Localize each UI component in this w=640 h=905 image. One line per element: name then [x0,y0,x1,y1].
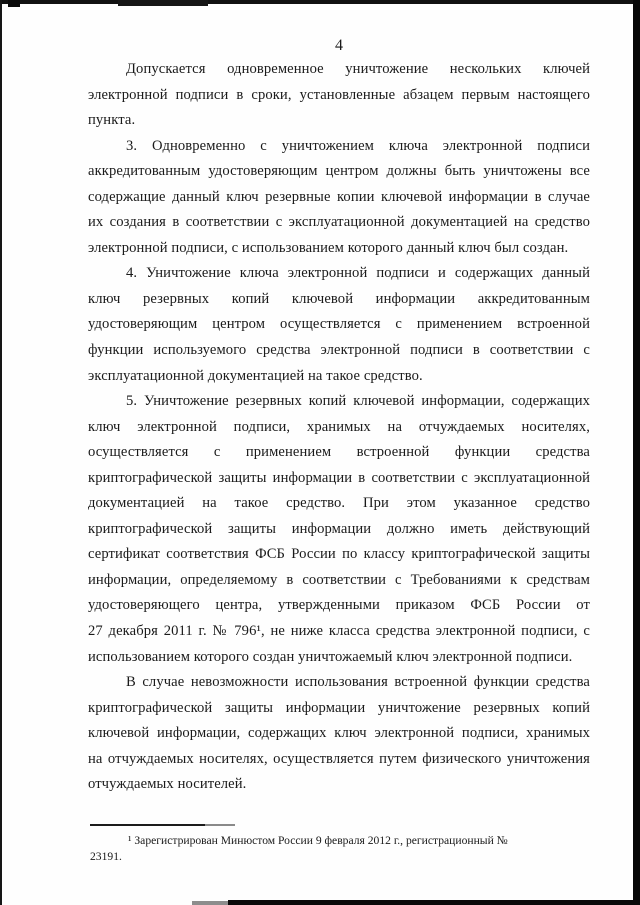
text-line: ключевой информации, содержащих ключ эле… [88,721,590,747]
text-line: удостоверяющим центром осуществляется с … [88,312,590,338]
text-line: Допускается одновременное уничтожение не… [88,57,590,83]
text-line: 27 декабря 2011 г. № 796¹, не ниже класс… [88,619,590,645]
text-line: удостоверяющего центра, утвержденными пр… [88,593,590,619]
footnote-separator [90,824,235,826]
document-body: Допускается одновременное уничтожение не… [88,57,590,798]
text-line: ключ электронной подписи, хранимых на от… [88,415,590,441]
text-line: 5. Уничтожение резервных копий ключевой … [88,389,590,415]
text-line: содержащие данный ключ резервные копии к… [88,185,590,211]
text-line: криптографической защиты информации в со… [88,466,590,492]
paragraph: 4. Уничтожение ключа электронной подписи… [88,261,590,389]
paragraph: Допускается одновременное уничтожение не… [88,57,590,134]
paragraph: В случае невозможности использования вст… [88,670,590,798]
text-line: аккредитованным удостоверяющим центром д… [88,159,590,185]
text-line: их создания в соответствии с эксплуатаци… [88,210,590,236]
text-line: эксплуатационной документацией на такое … [88,364,590,390]
text-line: осуществляется с применением встроенной … [88,440,590,466]
scan-border-bottom-gray [192,901,232,905]
scan-border-top [0,0,640,4]
scan-artifact [118,0,208,6]
text-line: 4. Уничтожение ключа электронной подписи… [88,261,590,287]
paragraph: 5. Уничтожение резервных копий ключевой … [88,389,590,670]
text-line: электронной подписи в сроки, установленн… [88,83,590,109]
text-line: электронной подписи, с использованием ко… [88,236,590,262]
text-line: криптографической защиты информации долж… [88,517,590,543]
scan-border-bottom [228,900,640,905]
scan-border-left [0,0,2,905]
footnote-text: ¹ Зарегистрирован Минюстом России 9 февр… [90,833,530,865]
text-line: 3. Одновременно с уничтожением ключа эле… [88,134,590,160]
text-line: информации, определяемому в соответствии… [88,568,590,594]
footnote: ¹ Зарегистрирован Минюстом России 9 февр… [90,833,530,865]
text-line: пункта. [88,108,590,134]
text-line: использованием которого создан уничтожае… [88,645,590,671]
scan-border-right [633,0,640,905]
text-line: ключ резервных копий ключевой информации… [88,287,590,313]
text-line: В случае невозможности использования вст… [88,670,590,696]
page-number: 4 [88,37,590,55]
scan-artifact [8,0,20,7]
text-line: сертификат соответствия ФСБ России по кл… [88,542,590,568]
scanned-document-page: 4 Допускается одновременное уничтожение … [0,0,640,905]
text-line: на отчуждаемых носителях, осуществляется… [88,747,590,773]
text-line: функции используемого средства электронн… [88,338,590,364]
text-line: отчуждаемых носителей. [88,772,590,798]
text-line: криптографической защиты информации унич… [88,696,590,722]
paragraph: 3. Одновременно с уничтожением ключа эле… [88,134,590,262]
text-line: документацией на такое средство. При это… [88,491,590,517]
